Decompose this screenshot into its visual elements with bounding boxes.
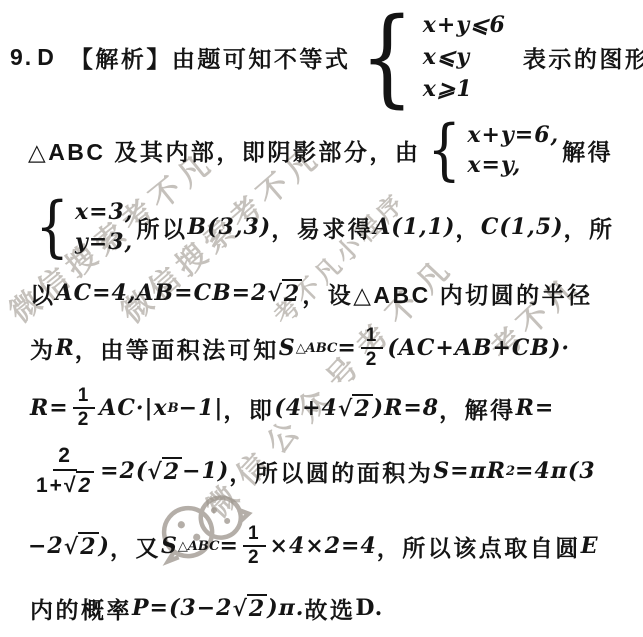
fraction: 2 1+√2 — [34, 443, 96, 500]
cn-text: ，易求得 — [271, 211, 373, 244]
system-row: x+y=6, — [467, 120, 559, 150]
system-row: x⩾1 — [423, 73, 506, 105]
cn-text: 表示的图形为 — [523, 41, 643, 74]
math-run: (AC+AB+CB)· — [387, 335, 570, 361]
system-row: x⩽y — [423, 41, 506, 73]
equation-system: { x=3, y=3, — [31, 197, 134, 257]
cn-text: 由题可知不等式 — [172, 41, 351, 74]
math-run: R= — [516, 395, 555, 421]
answer-choice: D — [37, 44, 56, 71]
numerator: 1 — [361, 325, 384, 349]
fraction: 1 2 — [361, 325, 384, 371]
cn-text: △ABC 及其内部，即阴影部分，由 — [28, 134, 420, 167]
denominator: 1+√2 — [34, 471, 96, 499]
cn-text: ，解得 — [439, 392, 516, 425]
math-run: ) — [99, 533, 110, 559]
math-run: = — [220, 533, 239, 559]
math-run: S — [279, 335, 296, 361]
math-run: A(1,1) — [373, 214, 455, 240]
math-run: R — [56, 335, 75, 361]
subscript: △ABC — [296, 341, 338, 356]
sqrt-radical: √2 — [338, 394, 373, 422]
cn-text: ，设△ABC 内切圆的半径 — [302, 277, 592, 310]
equation-system: { x+y⩽6 x⩽y x⩾1 — [353, 9, 506, 105]
solution-line-3: { x=3, y=3, 所以 B(3,3) ，易求得 A(1,1) ， C(1,… — [28, 196, 615, 258]
cn-text: ，所 — [564, 211, 615, 244]
system-row: y=3, — [75, 227, 134, 257]
denominator: 2 — [76, 409, 93, 431]
math-run: )π. — [267, 595, 304, 621]
math-run: ×4×2=4 — [270, 533, 377, 559]
denominator: 2 — [246, 547, 263, 569]
math-run: P=(3−2 — [132, 595, 232, 621]
sqrt-radical: √2 — [147, 457, 182, 485]
math-run: AC=4,AB=CB=2 — [56, 280, 268, 306]
math-run: B(3,3) — [188, 214, 272, 240]
sqrt-radical: √2 — [267, 279, 302, 307]
solution-line-1: 9. D 【解析】 由题可知不等式 { x+y⩽6 x⩽y x⩾1 表示的图形为 — [10, 6, 643, 108]
math-run: =4π(3 — [515, 458, 596, 484]
math-run: (4+4 — [274, 395, 337, 421]
fraction: 1 2 — [243, 523, 266, 569]
math-run: AC·|x — [99, 395, 167, 421]
numerator: 1 — [243, 523, 266, 547]
numerator: 1 — [73, 385, 96, 409]
fraction: 1 2 — [73, 385, 96, 431]
solution-line-7: 2 1+√2 =2( √2 −1) ，所以圆的面积为 S=πR 2 =4π(3 — [30, 434, 596, 508]
cn-text: 所以 — [137, 211, 188, 244]
system-row: x=3, — [75, 197, 134, 227]
solution-line-8: −2 √2 ) ，又 S △ABC = 1 2 ×4×2=4 ，所以该点取自圆 … — [28, 518, 599, 574]
cn-text: ，所以该点取自圆 — [377, 530, 581, 563]
cn-text: 以 — [30, 277, 56, 310]
math-run: R= — [30, 395, 69, 421]
cn-text: 解得 — [562, 134, 613, 167]
sqrt-radical: √2 — [232, 594, 267, 622]
solution-line-9: 内的概率 P=(3−2 √2 )π. 故选 D. — [30, 590, 383, 626]
superscript: 2 — [506, 464, 515, 479]
cn-text: ，又 — [110, 530, 161, 563]
math-run: −1) — [182, 458, 229, 484]
system-row: x=y, — [467, 150, 559, 180]
math-run: −1| — [179, 395, 224, 421]
sqrt-radical: √2 — [64, 471, 94, 499]
cn-text: ，即 — [223, 392, 274, 425]
subscript: B — [168, 401, 179, 416]
math-run: D. — [355, 595, 383, 621]
solution-line-4: 以 AC=4,AB=CB=2 √2 ，设△ABC 内切圆的半径 — [30, 276, 593, 310]
solution-line-5: 为 R ，由等面积法可知 S △ABC = 1 2 (AC+AB+CB)· — [30, 322, 570, 374]
cn-text: 内的概率 — [30, 592, 132, 625]
denominator: 2 — [364, 349, 381, 371]
solution-line-6: R= 1 2 AC·|x B −1| ，即 (4+4 √2 )R=8 ，解得 R… — [30, 382, 554, 434]
subscript: △ABC — [178, 539, 220, 554]
math-run: = — [337, 335, 356, 361]
cn-text: ，所以圆的面积为 — [229, 455, 433, 488]
cn-text: ， — [455, 211, 481, 244]
numerator: 2 — [53, 443, 77, 471]
cn-text: 为 — [30, 332, 56, 365]
solution-line-2: △ABC 及其内部，即阴影部分，由 { x+y=6, x=y, 解得 — [28, 112, 613, 188]
math-run: S — [161, 533, 178, 559]
sqrt-radical: √2 — [64, 532, 99, 560]
analysis-tag: 【解析】 — [70, 41, 172, 74]
cn-text: ，由等面积法可知 — [75, 332, 279, 365]
math-run: =2( — [100, 458, 147, 484]
math-run: −2 — [28, 533, 64, 559]
scanned-solution-page: 微信搜索考不凡 微信搜索考不凡 微信公众号考不凡 考不凡小程序 考不凡 9. D… — [0, 0, 643, 637]
math-run: E — [581, 533, 599, 559]
cn-text: 故选 — [304, 592, 355, 625]
question-number: 9. — [10, 44, 33, 71]
system-row: x+y⩽6 — [423, 9, 506, 41]
math-run: C(1,5) — [481, 214, 564, 240]
math-run: )R=8 — [373, 395, 439, 421]
equation-system: { x+y=6, x=y, — [423, 120, 559, 180]
math-run: S=πR — [433, 458, 506, 484]
